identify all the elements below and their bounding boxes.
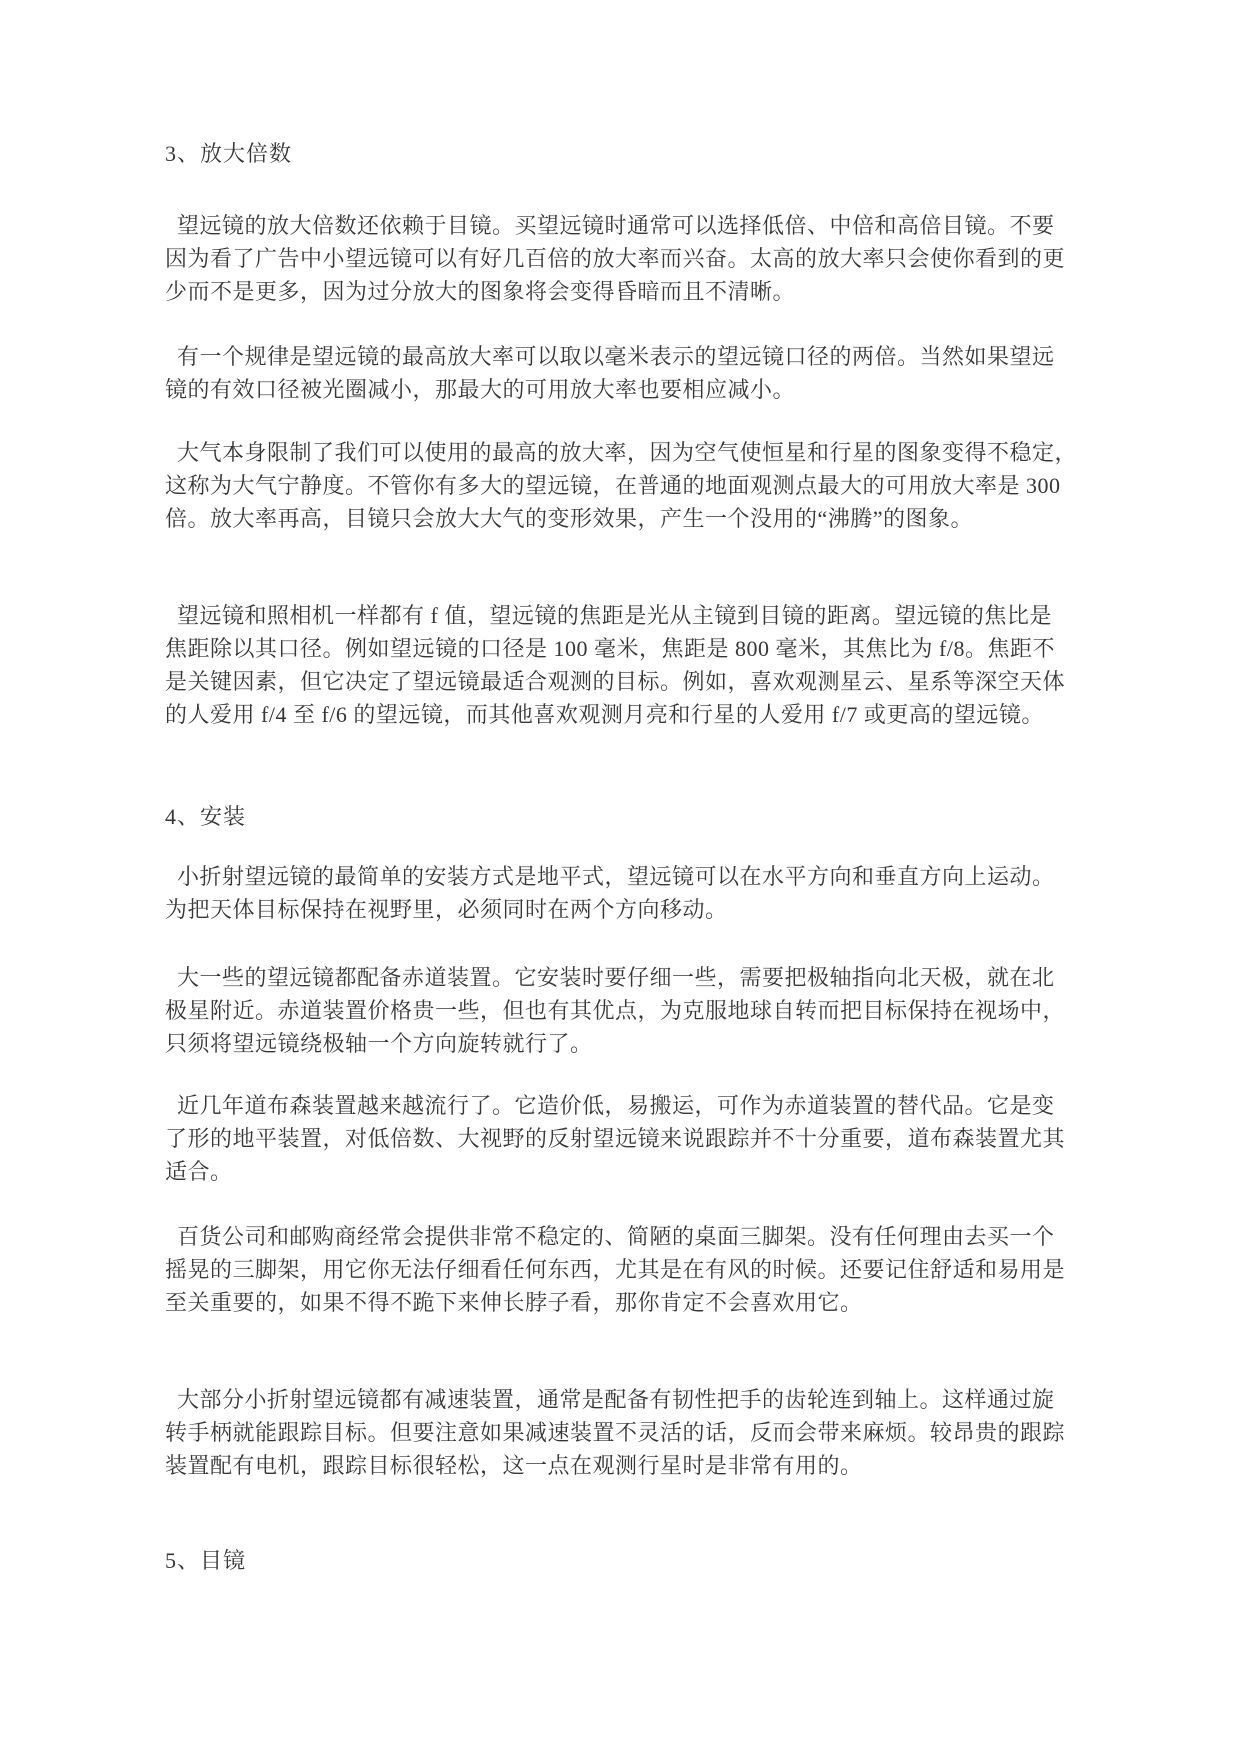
text-line: 适合。 — [165, 1155, 1085, 1188]
heading-text: 4、安装 — [165, 800, 1085, 833]
section-heading-magnification: 3、放大倍数 — [165, 137, 1085, 170]
text-line: 装置配有电机，跟踪目标很轻松，这一点在观测行星时是非常有用的。 — [165, 1449, 1085, 1482]
text-line: 的人爱用 f/4 至 f/6 的望远镜，而其他喜欢观测月亮和行星的人爱用 f/7… — [165, 698, 1085, 731]
heading-text: 5、目镜 — [165, 1544, 1085, 1577]
text-line: 因为看了广告中小望远镜可以有好几百倍的放大率而兴奋。太高的放大率只会使你看到的更 — [165, 242, 1085, 275]
paragraph-tripod-warning: 百货公司和邮购商经常会提供非常不稳定的、简陋的桌面三脚架。没有任何理由去买一个 … — [165, 1220, 1085, 1319]
text-line: 望远镜和照相机一样都有 f 值，望远镜的焦距是光从主镜到目镜的距离。望远镜的焦比… — [165, 599, 1085, 632]
text-line: 小折射望远镜的最简单的安装方式是地平式，望远镜可以在水平方向和垂直方向上运动。 — [165, 860, 1085, 893]
paragraph-max-magnification-rule: 有一个规律是望远镜的最高放大率可以取以毫米表示的望远镜口径的两倍。当然如果望远 … — [165, 340, 1085, 406]
text-line: 了形的地平装置，对低倍数、大视野的反射望远镜来说跟踪并不十分重要，道布森装置尤其 — [165, 1122, 1085, 1155]
paragraph-dobsonian-mount: 近几年道布森装置越来越流行了。它造价低，易搬运，可作为赤道装置的替代品。它是变 … — [165, 1089, 1085, 1188]
text-line: 有一个规律是望远镜的最高放大率可以取以毫米表示的望远镜口径的两倍。当然如果望远 — [165, 340, 1085, 373]
text-line: 倍。放大率再高，目镜只会放大大气的变形效果，产生一个没用的“沸腾”的图象。 — [165, 502, 1085, 535]
paragraph-atmosphere-limit: 大气本身限制了我们可以使用的最高的放大率，因为空气使恒星和行星的图象变得不稳定，… — [165, 436, 1085, 535]
text-line: 大一些的望远镜都配备赤道装置。它安装时要仔细一些，需要把极轴指向北天极，就在北 — [165, 961, 1085, 994]
text-line: 为把天体目标保持在视野里，必须同时在两个方向移动。 — [165, 893, 1085, 926]
paragraph-focal-ratio: 望远镜和照相机一样都有 f 值，望远镜的焦距是光从主镜到目镜的距离。望远镜的焦比… — [165, 599, 1085, 731]
text-line: 至关重要的，如果不得不跪下来伸长脖子看，那你肯定不会喜欢用它。 — [165, 1286, 1085, 1319]
text-line: 大部分小折射望远镜都有减速装置，通常是配备有韧性把手的齿轮连到轴上。这样通过旋 — [165, 1383, 1085, 1416]
text-line: 近几年道布森装置越来越流行了。它造价低，易搬运，可作为赤道装置的替代品。它是变 — [165, 1089, 1085, 1122]
document-page: { "page": { "background_color": "#ffffff… — [0, 0, 1241, 1754]
text-line: 望远镜的放大倍数还依赖于目镜。买望远镜时通常可以选择低倍、中倍和高倍目镜。不要 — [165, 209, 1085, 242]
section-heading-mounting: 4、安装 — [165, 800, 1085, 833]
paragraph-equatorial-mount: 大一些的望远镜都配备赤道装置。它安装时要仔细一些，需要把极轴指向北天极，就在北 … — [165, 961, 1085, 1060]
text-line: 大气本身限制了我们可以使用的最高的放大率，因为空气使恒星和行星的图象变得不稳定， — [165, 436, 1085, 469]
text-line: 这称为大气宁静度。不管你有多大的望远镜，在普通的地面观测点最大的可用放大率是 3… — [165, 469, 1085, 502]
document-body: 3、放大倍数 望远镜的放大倍数还依赖于目镜。买望远镜时通常可以选择低倍、中倍和高… — [165, 137, 1085, 1577]
paragraph-altazimuth-mount: 小折射望远镜的最简单的安装方式是地平式，望远镜可以在水平方向和垂直方向上运动。 … — [165, 860, 1085, 926]
text-line: 极星附近。赤道装置价格贵一些，但也有其优点，为克服地球自转而把目标保持在视场中， — [165, 994, 1085, 1027]
heading-text: 3、放大倍数 — [165, 137, 1085, 170]
text-line: 转手柄就能跟踪目标。但要注意如果减速装置不灵活的话，反而会带来麻烦。较昂贵的跟踪 — [165, 1416, 1085, 1449]
text-line: 镜的有效口径被光圈减小，那最大的可用放大率也要相应减小。 — [165, 373, 1085, 406]
text-line: 是关键因素，但它决定了望远镜最适合观测的目标。例如，喜欢观测星云、星系等深空天体 — [165, 665, 1085, 698]
text-line: 百货公司和邮购商经常会提供非常不稳定的、简陋的桌面三脚架。没有任何理由去买一个 — [165, 1220, 1085, 1253]
text-line: 摇晃的三脚架，用它你无法仔细看任何东西，尤其是在有风的时候。还要记住舒适和易用是 — [165, 1253, 1085, 1286]
text-line: 少而不是更多，因为过分放大的图象将会变得昏暗而且不清晰。 — [165, 275, 1085, 308]
paragraph-magnification-eyepiece: 望远镜的放大倍数还依赖于目镜。买望远镜时通常可以选择低倍、中倍和高倍目镜。不要 … — [165, 209, 1085, 308]
section-heading-eyepiece: 5、目镜 — [165, 1544, 1085, 1577]
text-line: 焦距除以其口径。例如望远镜的口径是 100 毫米，焦距是 800 毫米，其焦比为… — [165, 632, 1085, 665]
paragraph-slow-motion-controls: 大部分小折射望远镜都有减速装置，通常是配备有韧性把手的齿轮连到轴上。这样通过旋 … — [165, 1383, 1085, 1482]
text-line: 只须将望远镜绕极轴一个方向旋转就行了。 — [165, 1027, 1085, 1060]
